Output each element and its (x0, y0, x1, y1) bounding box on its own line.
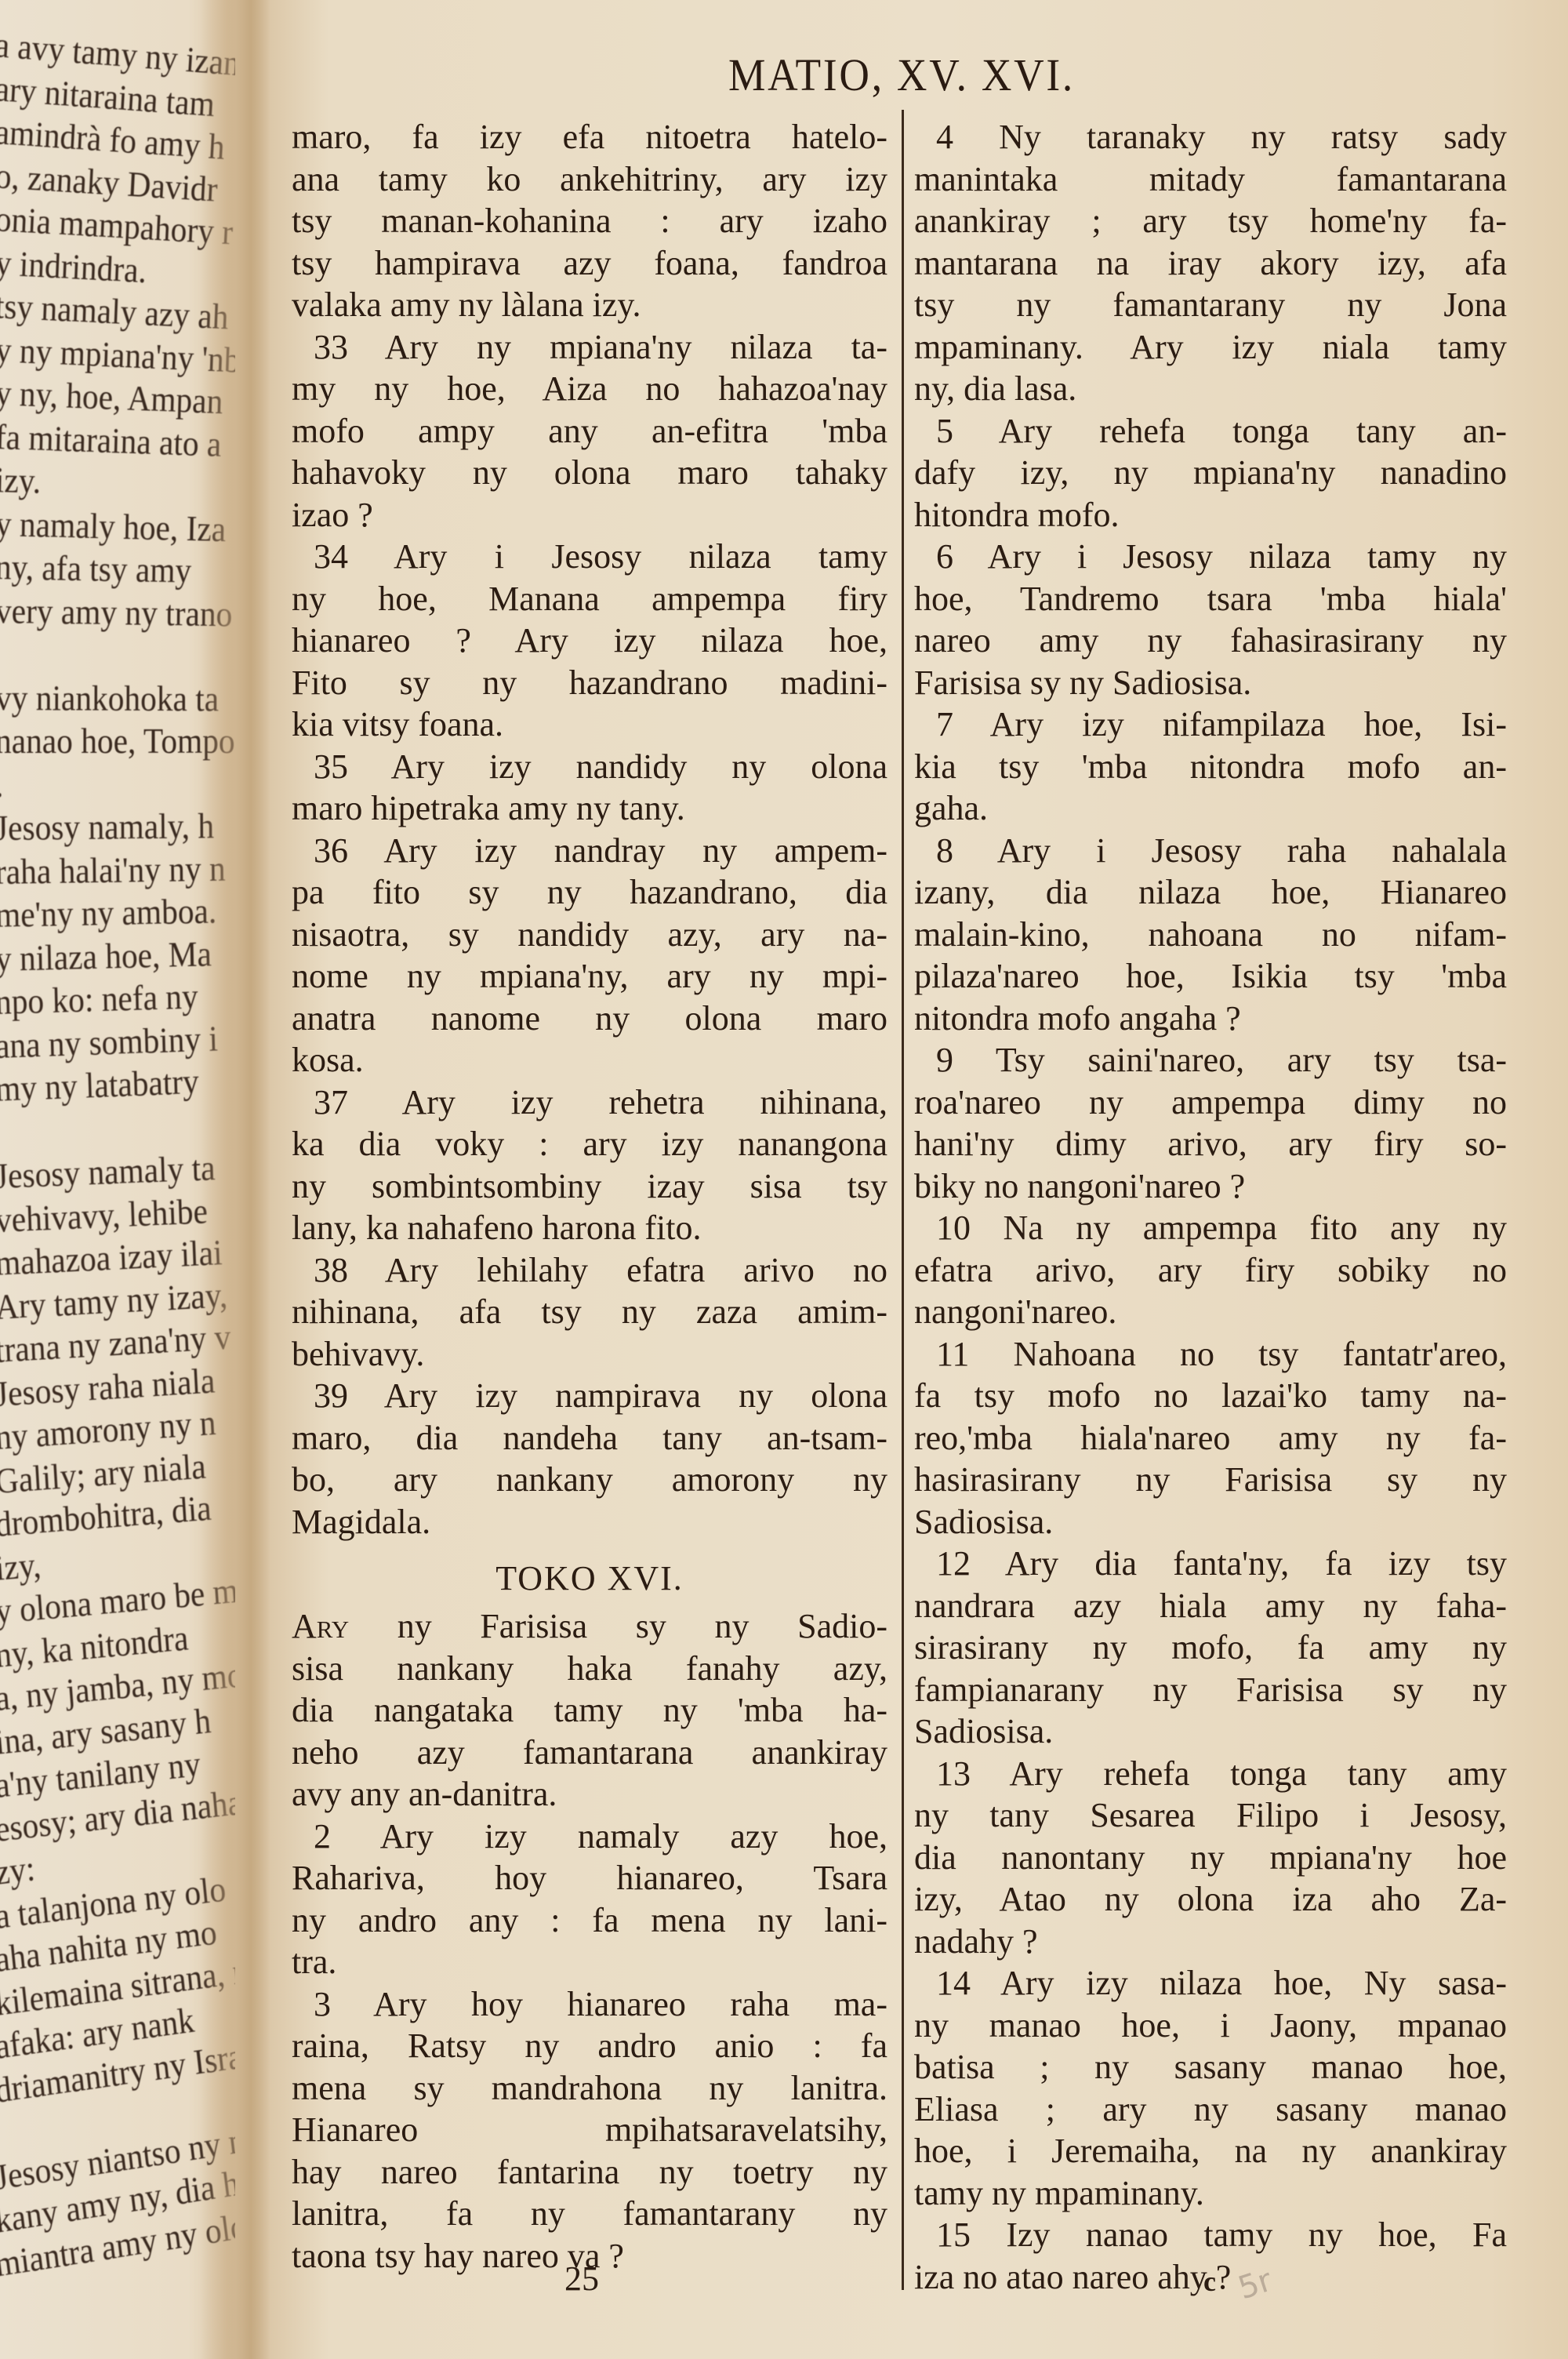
text-line: nangoni'nareo. (914, 1291, 1507, 1333)
text-line: izany, dia nilaza hoe, Hianareo (914, 871, 1507, 914)
text-line: kia vitsy foana. (292, 703, 887, 746)
chapter-heading: TOKO XVI. (292, 1543, 887, 1605)
text-line: ka dia voky : ary izy nanangona (292, 1123, 887, 1165)
text-line: 34 Ary i Jesosy nilaza tamy (292, 536, 887, 578)
text-line: Rahariva, hoy hianareo, Tsara (292, 1857, 887, 1899)
text-line: 39 Ary izy nampirava ny olona (292, 1375, 887, 1417)
facing-page-line: vy niankohoka ta (0, 677, 219, 719)
text-line: behivavy. (292, 1333, 887, 1376)
text-line: gaha. (914, 787, 1507, 830)
text-line: 6 Ary i Jesosy nilaza tamy ny (914, 536, 1507, 578)
text-line: kosa. (292, 1039, 887, 1081)
text-line: bo, ary nankany amorony ny (292, 1459, 887, 1501)
text-line: roa'nareo ny ampempa dimy no (914, 1081, 1507, 1124)
text-line: 33 Ary ny mpiana'ny nilaza ta- (292, 326, 887, 369)
text-line: 13 Ary rehefa tonga tany amy (914, 1753, 1507, 1795)
text-line: batisa ; ny sasany manao hoe, (914, 2046, 1507, 2088)
text-line: Sadiosisa. (914, 1501, 1507, 1543)
text-line: 14 Ary izy nilaza hoe, Ny sasa- (914, 1962, 1507, 2005)
text-line: mena sy mandrahona ny lanitra. (292, 2067, 887, 2110)
text-line: fa tsy mofo no lazai'ko tamy na- (914, 1375, 1507, 1417)
text-line: nome ny mpiana'ny, ary ny mpi- (292, 955, 887, 998)
text-line: kia tsy 'mba nitondra mofo an- (914, 746, 1507, 788)
text-line: nihinana, afa tsy ny zaza amim- (292, 1291, 887, 1333)
text-line: valaka amy ny làlana izy. (292, 284, 887, 326)
text-line: 5 Ary rehefa tonga tany an- (914, 410, 1507, 453)
text-line: ny hoe, Manana ampempa firy (292, 578, 887, 620)
text-line: mofo ampy any an-efitra 'mba (292, 410, 887, 453)
text-line: 38 Ary lehilahy efatra arivo no (292, 1249, 887, 1292)
text-line: 11 Nahoana no tsy fantatr'areo, (914, 1333, 1507, 1376)
text-line: 15 Izy nanao tamy ny hoe, Fa (914, 2214, 1507, 2256)
facing-page-line: npo ko: nefa ny (0, 975, 198, 1023)
text-line: nandrara azy hiala amy ny faha- (914, 1585, 1507, 1627)
text-line: izao ? (292, 494, 887, 536)
text-line: 9 Tsy saini'nareo, ary tsy tsa- (914, 1039, 1507, 1081)
text-line: 2 Ary izy namaly azy hoe, (292, 1816, 887, 1858)
text-column-left: maro, fa izy efa nitoetra hatelo-ana tam… (292, 116, 887, 2277)
text-line: hahavoky ny olona maro tahaky (292, 452, 887, 494)
book-gutter-shadow (200, 0, 270, 2359)
facing-page-line: y indrindra. (0, 242, 147, 291)
text-line: hasirasirany ny Farisisa sy ny (914, 1459, 1507, 1501)
text-line: pa fito sy ny hazandrano, dia (292, 871, 887, 914)
line-text: ny Farisisa sy ny Sadio- (349, 1607, 887, 1645)
text-line: Fito sy ny hazandrano madini- (292, 662, 887, 704)
text-line: avy any an-danitra. (292, 1773, 887, 1816)
text-line: Ary ny Farisisa sy ny Sadio- (292, 1605, 887, 1648)
facing-page-line: very amy ny trano (0, 590, 233, 634)
text-line: malain-kino, nahoana no nifam- (914, 914, 1507, 956)
text-line: 4 Ny taranaky ny ratsy sady (914, 116, 1507, 158)
text-column-right: 4 Ny taranaky ny ratsy sadymanintaka mit… (914, 116, 1507, 2298)
text-line: tamy ny mpaminany. (914, 2172, 1507, 2215)
text-line: nisaotra, sy nandidy azy, ary na- (292, 914, 887, 956)
text-line: Farisisa sy ny Sadiosisa. (914, 662, 1507, 704)
text-line: hianareo ? Ary izy nilaza hoe, (292, 620, 887, 662)
text-line: maro, dia nandeha tany an-tsam- (292, 1417, 887, 1459)
facing-page-line: zy: (0, 1847, 37, 1893)
text-line: hitondra mofo. (914, 494, 1507, 536)
text-line: biky no nangoni'nareo ? (914, 1165, 1507, 1208)
text-line: sisa nankany haka fanahy azy, (292, 1648, 887, 1690)
text-line: ny andro any : fa mena ny lani- (292, 1899, 887, 1942)
running-header: MATIO, XV. XVI. (699, 49, 1103, 101)
facing-page-line: y namaly hoe, Iza (0, 503, 227, 550)
text-line: Sadiosisa. (914, 1710, 1507, 1753)
text-line: izy, Atao ny olona iza aho Za- (914, 1878, 1507, 1921)
text-line: nadahy ? (914, 1921, 1507, 1963)
text-line: hay nareo fantarina ny toetry ny (292, 2151, 887, 2194)
text-line: Hianareo mpihatsaravelatsihy, (292, 2109, 887, 2151)
text-line: dia nangataka tamy ny 'mba ha- (292, 1689, 887, 1732)
text-line: pilaza'nareo hoe, Isikia tsy 'mba (914, 955, 1507, 998)
text-line: lany, ka nahafeno harona fito. (292, 1207, 887, 1249)
facing-page-line: raha halai'ny ny n (0, 847, 226, 892)
text-line: anankiray ; ary tsy home'ny fa- (914, 200, 1507, 242)
text-line: ana tamy ko ankehitriny, ary izy (292, 158, 887, 201)
text-line: tsy ny famantarany ny Jona (914, 284, 1507, 326)
text-line: maro hipetraka amy ny tany. (292, 787, 887, 830)
text-line: hani'ny dimy arivo, ary firy so- (914, 1123, 1507, 1165)
text-line: ny, dia lasa. (914, 368, 1507, 410)
text-line: 37 Ary izy rehetra nihinana, (292, 1081, 887, 1124)
text-line: 8 Ary i Jesosy raha nahalala (914, 830, 1507, 872)
text-line: mantarana na iray akory izy, afa (914, 242, 1507, 285)
text-line: 35 Ary izy nandidy ny olona (292, 746, 887, 788)
text-line: hoe, Tandremo tsara 'mba hiala' (914, 578, 1507, 620)
text-line: raina, Ratsy ny andro anio : fa (292, 2025, 887, 2067)
facing-page-line: y ny, hoe, Ampan (0, 372, 223, 422)
facing-page-line: Jesosy namaly ta (0, 1147, 216, 1197)
text-line: tra. (292, 1941, 887, 1983)
facing-page-line: Jesosy namaly, h (0, 805, 214, 849)
text-line: 10 Na ny ampempa fito any ny (914, 1207, 1507, 1249)
facing-page-line: fa mitaraina ato a (0, 416, 222, 465)
text-line: efatra arivo, ary firy sobiky no (914, 1249, 1507, 1292)
text-line: manintaka mitady famantarana (914, 158, 1507, 201)
facing-page-line: . (0, 763, 3, 805)
facing-page-line: izy, (0, 1543, 42, 1589)
page-number: 25 (564, 2259, 599, 2299)
printer-signature-mark: c (1203, 2265, 1216, 2298)
book-page-spread: a avy tamy ny izanary nitaraina tamamind… (0, 0, 1568, 2359)
text-line: anatra nanome ny olona maro (292, 998, 887, 1040)
text-line: hoe, i Jeremaiha, na ny anankiray (914, 2130, 1507, 2172)
text-line: dafy izy, ny mpiana'ny nanadino (914, 452, 1507, 494)
text-line: mpaminany. Ary izy niala tamy (914, 326, 1507, 369)
facing-page-line: ny, afa tsy amy (0, 546, 192, 591)
text-line: nitondra mofo angaha ? (914, 998, 1507, 1040)
text-line: 3 Ary hoy hianareo raha ma- (292, 1983, 887, 2026)
text-line: tsy manan-kohanina : ary izaho (292, 200, 887, 242)
facing-page-line: my ny latabatry (0, 1060, 200, 1110)
text-line: ny manao hoe, i Jaony, mpanao (914, 2005, 1507, 2047)
text-line: tsy hampirava azy foana, fandroa (292, 242, 887, 285)
text-line: Eliasa ; ary ny sasany manao (914, 2088, 1507, 2131)
drop-lead-word: Ary (292, 1607, 349, 1645)
facing-page-line: y nilaza hoe, Ma (0, 932, 212, 980)
text-line: 12 Ary dia fanta'ny, fa izy tsy (914, 1543, 1507, 1585)
text-line: lanitra, fa ny famantarany ny (292, 2193, 887, 2235)
text-line: ny sombintsombiny izay sisa tsy (292, 1165, 887, 1208)
text-line: dia nanontany ny mpiana'ny hoe (914, 1837, 1507, 1879)
facing-page-line: ana ny sombiny i (0, 1017, 219, 1067)
facing-page-line: izy. (0, 459, 42, 502)
text-line: my ny hoe, Aiza no hahazoa'nay (292, 368, 887, 410)
text-line: Magidala. (292, 1501, 887, 1543)
text-line: nareo amy ny fahasirasirany ny (914, 620, 1507, 662)
text-line: reo,'mba hiala'nareo amy ny fa- (914, 1417, 1507, 1459)
text-line: ny tany Sesarea Filipo i Jesosy, (914, 1794, 1507, 1837)
text-line: neho azy famantarana anankiray (292, 1732, 887, 1774)
column-rule (902, 110, 904, 2290)
facing-page-line: me'ny ny amboa. (0, 890, 217, 936)
text-line: fampianarany ny Farisisa sy ny (914, 1669, 1507, 1711)
text-line: sirasirany ny mofo, fa amy ny (914, 1627, 1507, 1669)
text-line: maro, fa izy efa nitoetra hatelo- (292, 116, 887, 158)
text-line: 36 Ary izy nandray ny ampem- (292, 830, 887, 872)
text-line: 7 Ary izy nifampilaza hoe, Isi- (914, 703, 1507, 746)
